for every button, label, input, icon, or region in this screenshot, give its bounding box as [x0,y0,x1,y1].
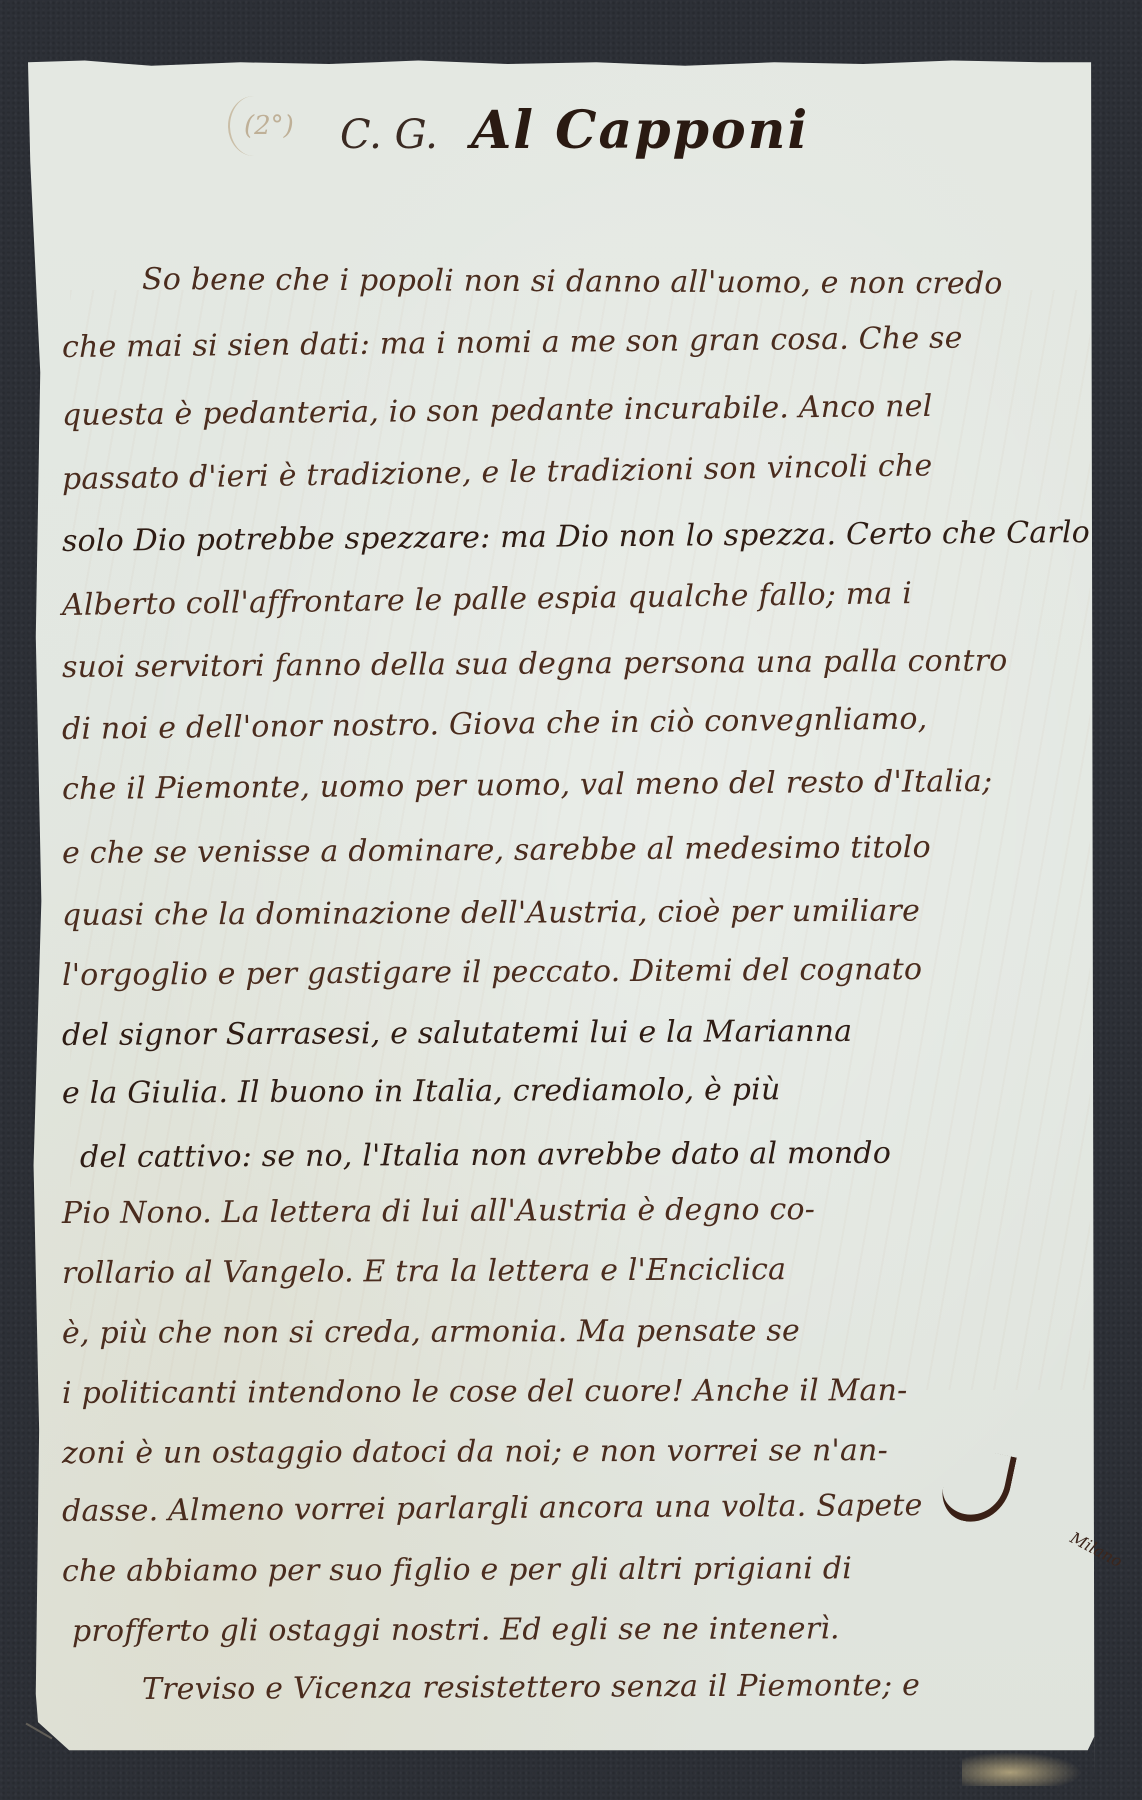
paper-stain [962,1752,1082,1786]
letter-line: del cattivo: se no, l'Italia non avrebbe… [80,1136,891,1175]
recipient-name: Al Capponi [471,100,809,161]
letter-line: zoni è un ostaggio datoci da noi; e non … [62,1433,888,1471]
salutation-abbreviation: C. G. [340,112,438,158]
pencil-folio-mark: (2°) [228,96,280,156]
letter-line: Treviso e Vicenza resistettero senza il … [142,1668,920,1707]
folio-mark-text: (2°) [244,111,294,141]
letter-line: che abbiamo per suo figlio e per gli alt… [62,1551,852,1589]
letter-line: e che se venisse a dominare, sarebbe al … [62,830,931,871]
letter-line: è, più che non si creda, armonia. Ma pen… [62,1313,800,1351]
letter-line: e la Giulia. Il buono in Italia, crediam… [62,1072,781,1111]
letter-line: del signor Sarrasesi, e salutatemi lui e… [62,1014,852,1053]
letter-line: dasse. Almeno vorrei parlargli ancora un… [62,1488,923,1529]
letter-line: quasi che la dominazione dell'Austria, c… [62,894,920,933]
letter-line: suoi servitori fanno della sua degna per… [62,643,1008,685]
letter-heading: C. G. Al Capponi [340,100,809,161]
letter-line: Pio Nono. La lettera di lui all'Austria … [62,1192,815,1231]
letter-line: profferto gli ostaggi nostri. Ed egli se… [72,1611,840,1649]
letter-line: i politicanti intendono le cose del cuor… [62,1373,908,1411]
letter-line: rollario al Vangelo. E tra la lettera e … [62,1252,786,1291]
letter-line: l'orgoglio e per gastigare il peccato. D… [62,952,922,993]
letter-line: So bene che i popoli non si danno all'uo… [142,262,1003,302]
